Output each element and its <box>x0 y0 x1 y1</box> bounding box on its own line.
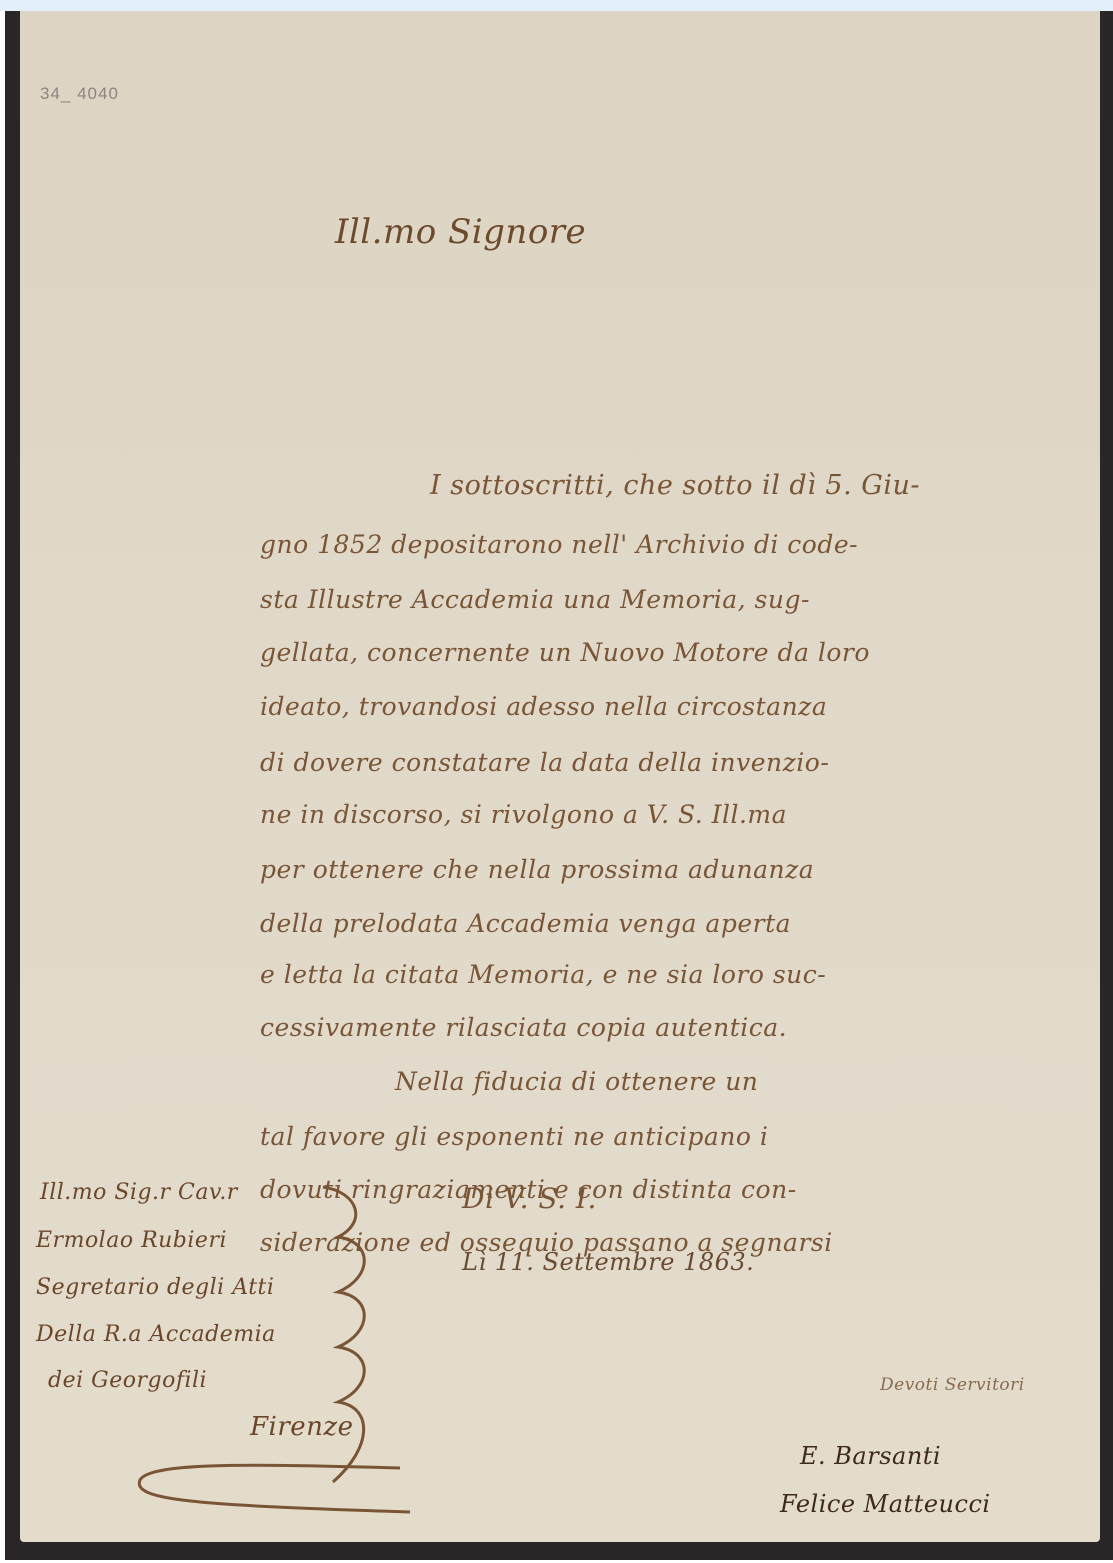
body-line: e letta la citata Memoria, e ne sia loro… <box>260 960 826 989</box>
top-strip <box>0 0 1113 11</box>
salutation: Ill.mo Signore <box>335 212 586 252</box>
body-line: di dovere constatare la data della inven… <box>260 748 829 777</box>
recipient-line: Ermolao Rubieri <box>36 1228 227 1253</box>
underline-flourish-icon <box>130 1460 410 1520</box>
brace-flourish-icon <box>318 1182 378 1492</box>
body-line: ideato, trovandosi adesso nella circosta… <box>260 692 827 721</box>
recipient-line: Della R.a Accademia <box>36 1322 276 1347</box>
body-line: I sottoscritti, che sotto il dì 5. Giu- <box>430 470 920 501</box>
body-line: cessivamente rilasciata copia autentica. <box>260 1013 787 1042</box>
valediction: Devoti Servitori <box>880 1375 1025 1395</box>
signature-matteucci: Felice Matteucci <box>780 1490 991 1518</box>
recipient-line: Ill.mo Sig.r Cav.r <box>40 1180 238 1205</box>
signature-barsanti: E. Barsanti <box>800 1442 941 1470</box>
date-line: Lì 11. Settembre 1863. <box>462 1248 754 1276</box>
body-line: per ottenere che nella prossima adunanza <box>260 855 814 884</box>
body-line: gellata, concernente un Nuovo Motore da … <box>260 638 870 667</box>
closing-abbreviation: Di V. S. I. <box>462 1182 597 1215</box>
body-line: gno 1852 depositarono nell' Archivio di … <box>260 530 858 559</box>
body-line: Nella fiducia di ottenere un <box>395 1067 758 1096</box>
recipient-line: dei Georgofili <box>48 1368 207 1393</box>
archive-number: 34_ 4040 <box>40 84 119 104</box>
body-line: ne in discorso, si rivolgono a V. S. Ill… <box>260 800 787 829</box>
body-line: tal favore gli esponenti ne anticipano i <box>260 1122 768 1151</box>
body-line: sta Illustre Accademia una Memoria, sug- <box>260 585 810 614</box>
recipient-line: Segretario degli Atti <box>36 1275 274 1300</box>
body-line: della prelodata Accademia venga aperta <box>260 909 791 938</box>
